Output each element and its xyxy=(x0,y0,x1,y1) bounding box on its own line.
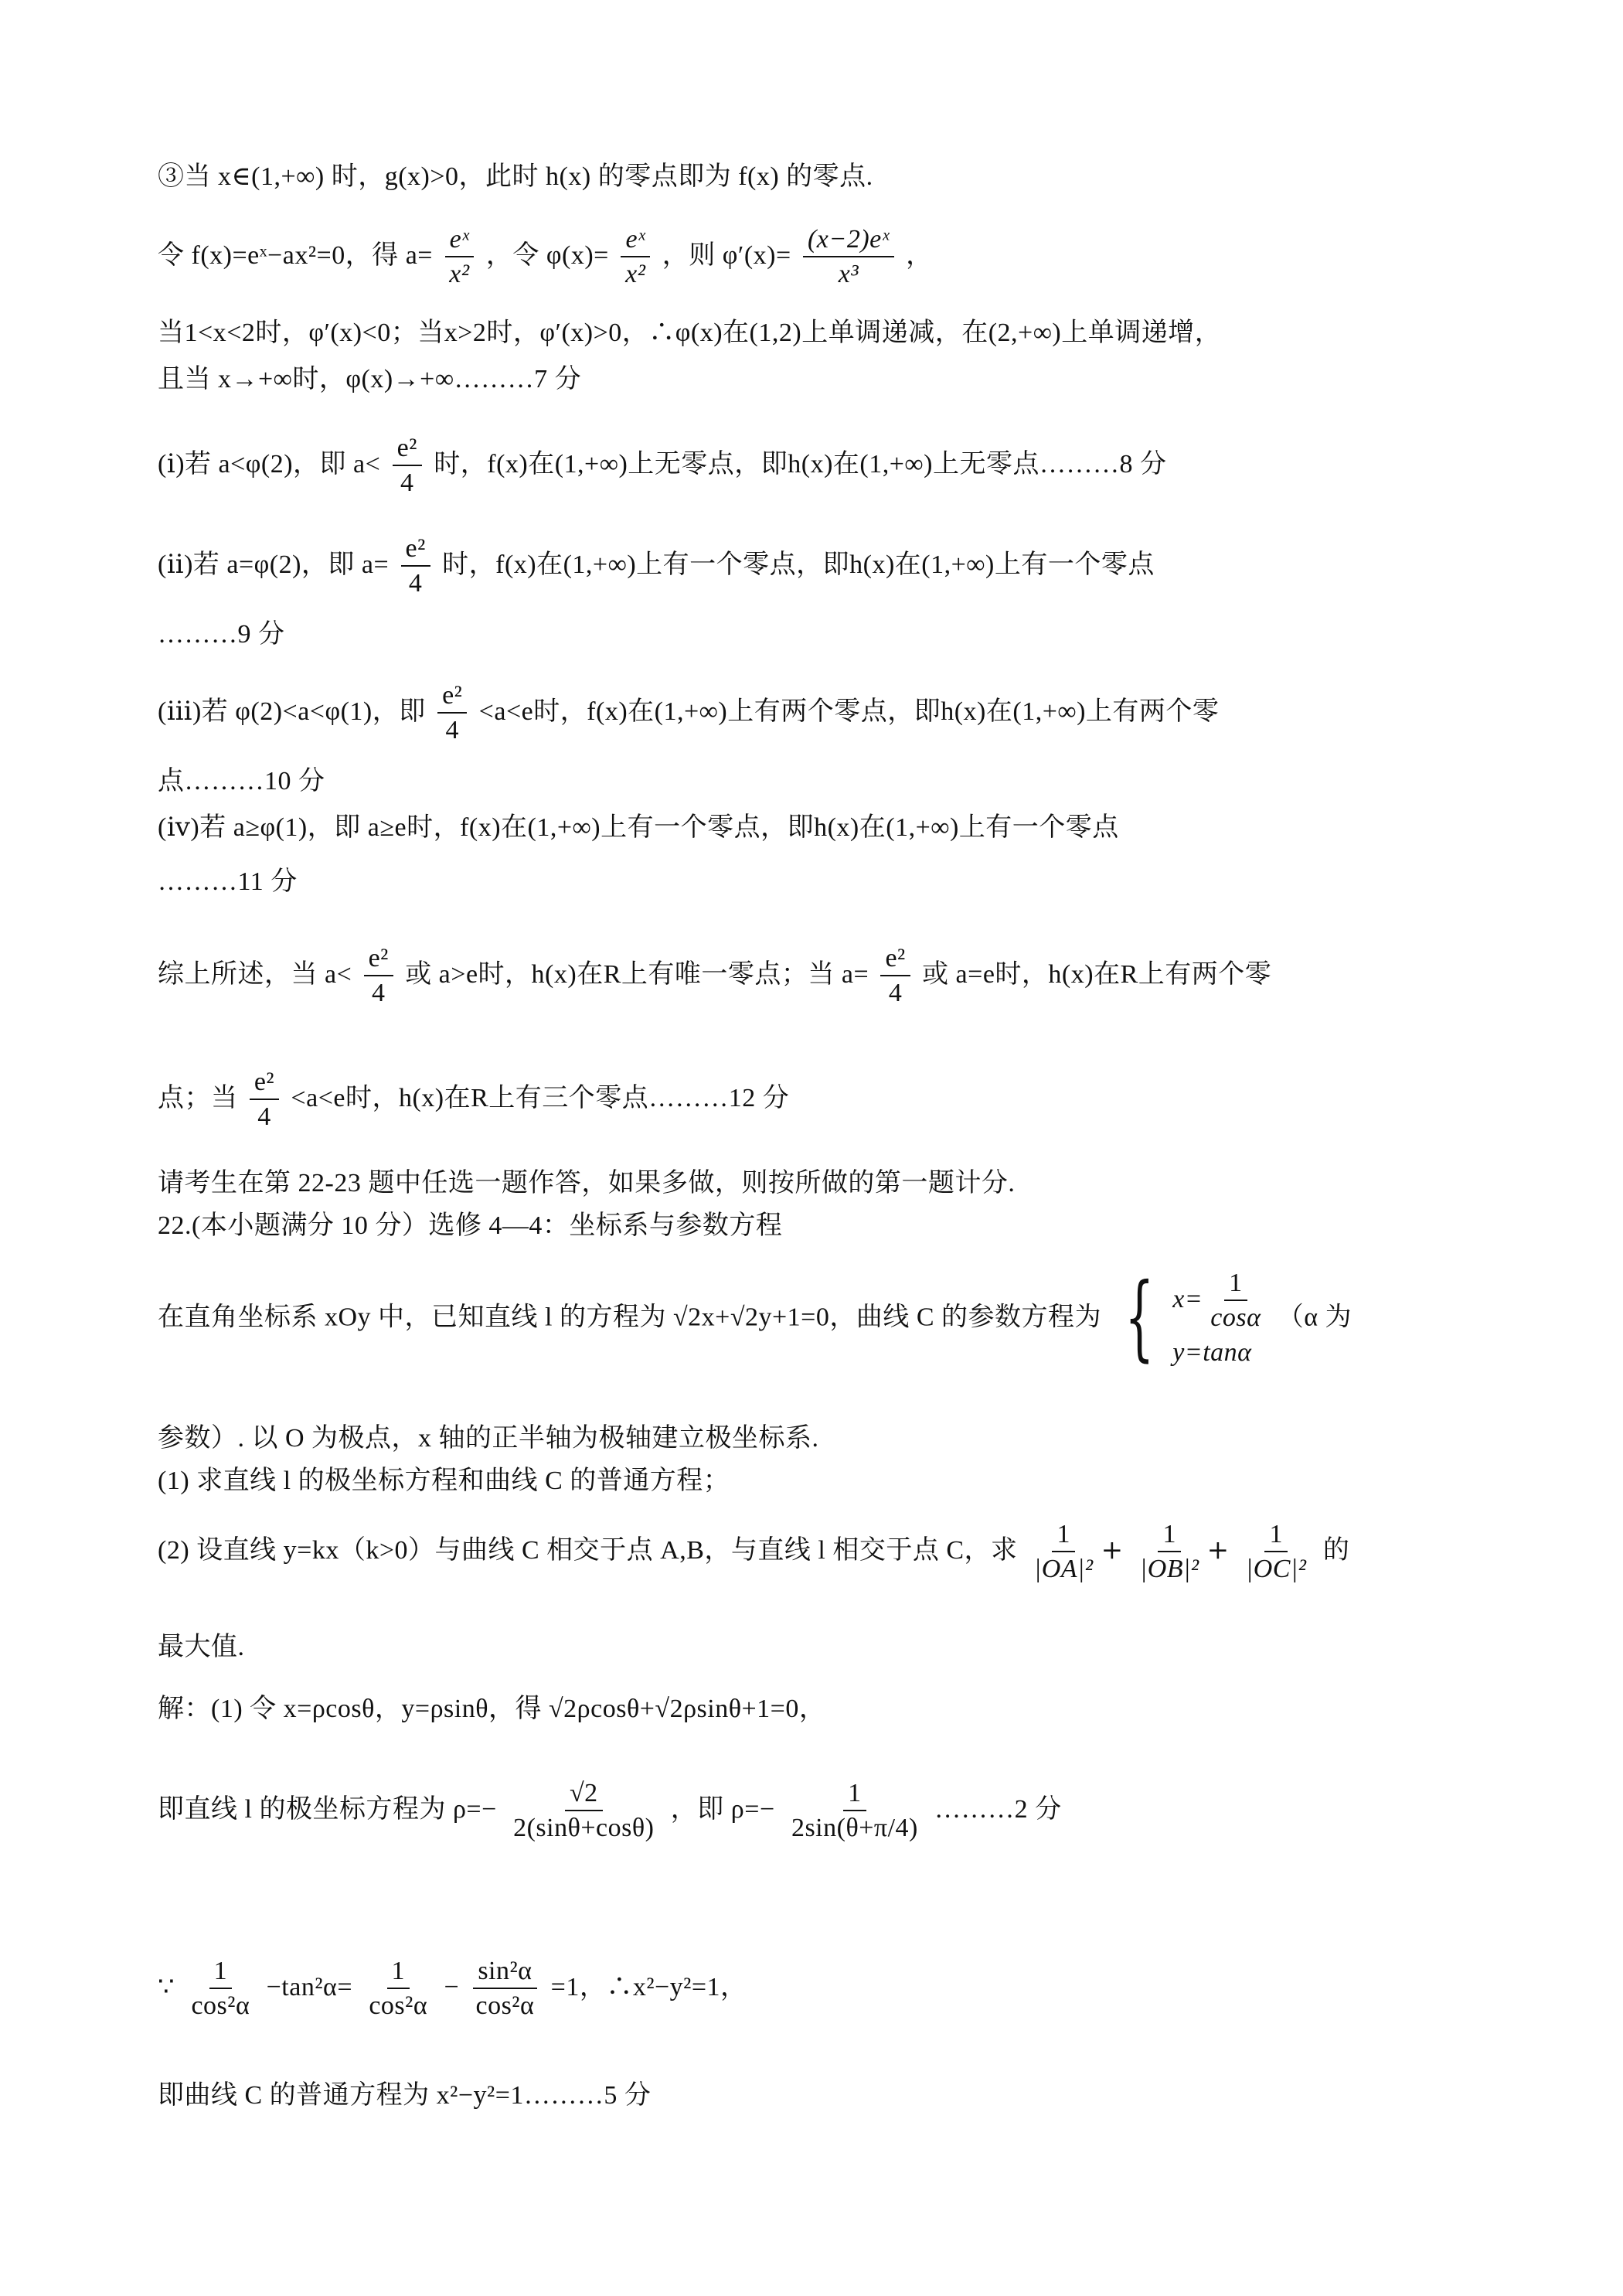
fraction: eˣx² xyxy=(444,224,474,289)
solution-line: 解：(1) 令 x=ρcosθ，y=ρsinθ，得 √2ρcosθ+√2ρsin… xyxy=(158,1693,825,1725)
fraction: e²4 xyxy=(401,533,430,598)
text-line: 参数）. 以 O 为极点，x 轴的正半轴为极轴建立极坐标系. xyxy=(158,1422,819,1455)
question-2: (2) 设直线 y=kx（k>0）与曲线 C 相交于点 A,B，与直线 l 相交… xyxy=(158,1519,1349,1584)
case-iii-line: (ⅲ)若 φ(2)<a<φ(1)，即 e²4 <a<e时，f(x)在(1,+∞)… xyxy=(158,680,1219,745)
fraction: e²4 xyxy=(250,1067,279,1132)
fraction: e²4 xyxy=(393,433,422,498)
text-line: 当1<x<2时，φ′(x)<0；当x>2时，φ′(x)>0，∴φ(x)在(1,2… xyxy=(158,317,1221,349)
text-line: ………9 分 xyxy=(158,618,285,651)
problem-title: 22.(本小题满分 10 分）选修 4—4：坐标系与参数方程 xyxy=(158,1210,782,1242)
fraction: (x−2)eˣx³ xyxy=(803,224,894,289)
fraction: eˣx² xyxy=(621,224,650,289)
fraction: 1|OC|² xyxy=(1241,1519,1312,1584)
text-line: 且当 x→+∞时，φ(x)→+∞………7 分 xyxy=(158,363,581,396)
fraction: 1cosα xyxy=(1206,1268,1265,1333)
instruction-line: 请考生在第 22-23 题中任选一题作答，如果多做，则按所做的第一题计分. xyxy=(158,1167,1015,1200)
document-page: ③当 x∈(1,+∞) 时，g(x)>0，此时 h(x) 的零点即为 f(x) … xyxy=(0,0,1623,2296)
brace-icon: { xyxy=(1125,1272,1155,1364)
question-1: (1) 求直线 l 的极坐标方程和曲线 C 的普通方程； xyxy=(158,1465,730,1497)
fraction: e²4 xyxy=(880,943,910,1008)
solution-polar-line: 即直线 l 的极坐标方程为 ρ=− √22(sinθ+cosθ) ，即 ρ=− … xyxy=(158,1778,1062,1843)
fraction: 1cos²α xyxy=(186,1956,254,2021)
fraction: sin²αcos²α xyxy=(471,1956,539,2021)
fraction: 1cos²α xyxy=(364,1956,432,2021)
text-line: 点………10 分 xyxy=(158,765,325,798)
fraction: e²4 xyxy=(364,943,393,1008)
parametric-system: { x=1cosα y=tanα xyxy=(1110,1268,1268,1369)
text-line: ………11 分 xyxy=(158,866,298,898)
problem-statement: 在直角坐标系 xOy 中，已知直线 l 的方程为 √2x+√2y+1=0，曲线 … xyxy=(158,1268,1352,1369)
fraction: 1|OA|² xyxy=(1029,1519,1098,1584)
equation-line: 令 f(x)=eˣ−ax²=0，得 a= eˣx² ，令 φ(x)= eˣx² … xyxy=(158,224,933,289)
text-line: 最大值. xyxy=(158,1631,245,1664)
case-ii-line: (ⅱ)若 a=φ(2)，即 a= e²4 时，f(x)在(1,+∞)上有一个零点… xyxy=(158,533,1155,598)
solution-identity-line: ∵ 1cos²α −tan²α= 1cos²α − sin²αcos²α =1，… xyxy=(158,1956,747,2021)
fraction: √22(sinθ+cosθ) xyxy=(509,1778,658,1843)
text-line: ③当 x∈(1,+∞) 时，g(x)>0，此时 h(x) 的零点即为 f(x) … xyxy=(158,161,873,193)
summary-line: 综上所述，当 a< e²4 或 a>e时，h(x)在R上有唯一零点；当 a= e… xyxy=(158,943,1271,1008)
case-iv-line: (ⅳ)若 a≥φ(1)，即 a≥e时，f(x)在(1,+∞)上有一个零点，即h(… xyxy=(158,812,1119,844)
case-i-line: (ⅰ)若 a<φ(2)，即 a< e²4 时，f(x)在(1,+∞)上无零点，即… xyxy=(158,433,1166,498)
text-line: 即曲线 C 的普通方程为 x²−y²=1………5 分 xyxy=(158,2080,651,2112)
fraction: e²4 xyxy=(437,680,467,745)
fraction: 1|OB|² xyxy=(1135,1519,1204,1584)
fraction: 12sin(θ+π/4) xyxy=(787,1778,923,1843)
summary-line-2: 点；当 e²4 <a<e时，h(x)在R上有三个零点………12 分 xyxy=(158,1067,789,1132)
